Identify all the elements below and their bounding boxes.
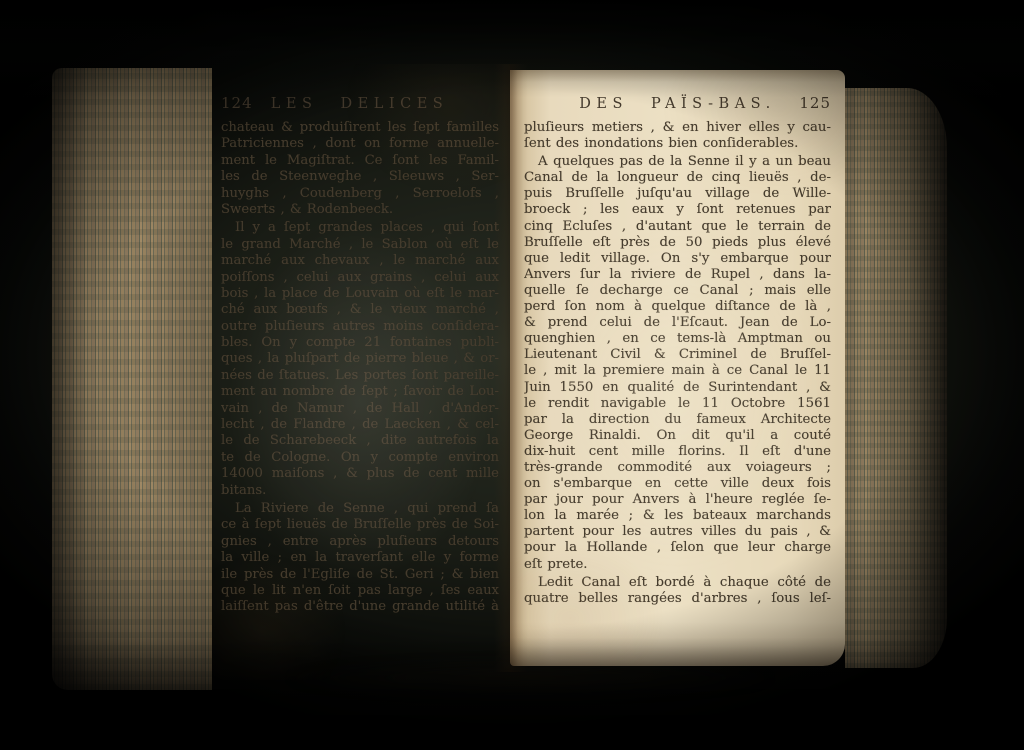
text-line: ce à ſept lieuës de Bruſſelle près de So… xyxy=(221,517,499,533)
paragraph: A quelques pas de la Senne il y a un bea… xyxy=(524,154,831,572)
text-line: puis Bruſſelle juſqu'au village de Wille… xyxy=(524,186,831,202)
paragraph: La Riviere de Senne , qui prend ſa ſour-… xyxy=(221,501,499,616)
text-line: bois , la place de Louvain où eſt le mar… xyxy=(221,286,499,302)
text-line: pluſieurs metiers , & en hiver elles y c… xyxy=(524,120,831,136)
right-page: DES PAÏS-BAS. 125 pluſieurs metiers , & … xyxy=(510,70,845,666)
text-line: laiſſent pas d'être d'une grande utilité… xyxy=(221,599,499,615)
text-line: Lieutenant Civil & Criminel de Bruſſel- xyxy=(524,347,831,363)
paragraph: Il y a ſept grandes places , qui ſontle … xyxy=(221,220,499,499)
left-page: 124 LES DELICES chateau & produiſirent l… xyxy=(208,64,510,680)
paragraph: chateau & produiſirent les ſept familles… xyxy=(221,120,499,218)
text-line: A quelques pas de la Senne il y a un bea… xyxy=(524,154,831,170)
left-page-header: 124 LES DELICES xyxy=(208,64,510,120)
text-line: Sweerts , & Rodenbeeck. xyxy=(221,202,499,218)
right-page-number: 125 xyxy=(795,94,831,112)
text-line: très-grande commodité aux voiageurs ; xyxy=(524,460,831,476)
text-line: ment au nombre de ſept ; ſavoir de Lou- xyxy=(221,384,499,400)
text-line: te de Cologne. On y compte environ xyxy=(221,450,499,466)
paragraph: Ledit Canal eſt bordé à chaque côté dequ… xyxy=(524,575,831,607)
right-running-title: DES PAÏS-BAS. xyxy=(560,96,795,112)
text-line: lecht , de Flandre , de Laecken , & cel- xyxy=(221,417,499,433)
right-fore-edge-leaves xyxy=(845,88,947,668)
text-line: Patriciennes , dont on forme annuelle- xyxy=(221,136,499,152)
text-line: poiſſons , celui aux grains , celui aux xyxy=(221,270,499,286)
text-line: lon la marée ; & les bateaux marchands xyxy=(524,508,831,524)
paragraph: pluſieurs metiers , & en hiver elles y c… xyxy=(524,120,831,152)
text-line: outre pluſieurs autres moins conſidera- xyxy=(221,319,499,335)
text-line: perd ſon nom à quelque diſtance de là , xyxy=(524,299,831,315)
text-line: quenghien , en ce tems-là Amptman ou xyxy=(524,331,831,347)
text-line: La Riviere de Senne , qui prend ſa ſour- xyxy=(221,501,499,517)
text-line: bitans. xyxy=(221,483,499,499)
text-line: Canal de la longueur de cinq lieuës , de… xyxy=(524,170,831,186)
text-line: quelle ſe decharge ce Canal ; mais elle xyxy=(524,283,831,299)
text-line: nées de ſtatues. Les portes ſont pareill… xyxy=(221,368,499,384)
text-line: dix-huit cent mille florins. Il eſt d'un… xyxy=(524,444,831,460)
text-line: chateau & produiſirent les ſept familles xyxy=(221,120,499,136)
text-line: par la direction du fameux Architecte xyxy=(524,412,831,428)
text-line: Bruſſelle eſt près de 50 pieds plus élev… xyxy=(524,235,831,251)
text-line: le rendit navigable le 11 Octobre 1561 xyxy=(524,396,831,412)
text-line: que le lit n'en ſoit pas large , ſes eau… xyxy=(221,583,499,599)
right-page-text: pluſieurs metiers , & en hiver elles y c… xyxy=(510,120,845,607)
text-line: le , mit la premiere main à ce Canal le … xyxy=(524,363,831,379)
text-line: partent pour les autres villes du pais ,… xyxy=(524,524,831,540)
left-page-number: 124 xyxy=(221,94,257,112)
text-line: les de Steenweghe , Sleeuws , Ser- xyxy=(221,169,499,185)
text-line: ment le Magiſtrat. Ce ſont les Famil- xyxy=(221,153,499,169)
photo-background: 124 LES DELICES chateau & produiſirent l… xyxy=(0,0,1024,750)
text-line: vain , de Namur , de Hall , d'Ander- xyxy=(221,401,499,417)
text-line: huyghs , Coudenberg , Serroelofs , xyxy=(221,186,499,202)
text-line: que ledit village. On s'y embarque pour xyxy=(524,251,831,267)
text-line: Anvers ſur la riviere de Rupel , dans la… xyxy=(524,267,831,283)
text-line: on s'embarque en cette ville deux fois xyxy=(524,476,831,492)
right-page-header: DES PAÏS-BAS. 125 xyxy=(510,70,845,120)
text-line: Il y a ſept grandes places , qui ſont xyxy=(221,220,499,236)
text-line: ché aux bœufs , & le vieux marché , xyxy=(221,302,499,318)
text-line: cinq Ecluſes , d'autant que le terrain d… xyxy=(524,219,831,235)
text-line: ile près de l'Egliſe de St. Geri ; & bie… xyxy=(221,567,499,583)
text-line: le grand Marché , le Sablon où eſt le xyxy=(221,237,499,253)
text-line: eſt prete. xyxy=(524,557,831,573)
text-line: par jour pour Anvers à l'heure reglée ſe… xyxy=(524,492,831,508)
text-line: ques , la pluſpart de pierre bleue , & o… xyxy=(221,351,499,367)
text-line: marché aux chevaux , le marché aux xyxy=(221,253,499,269)
text-line: & prend celui de l'Eſcaut. Jean de Lo- xyxy=(524,315,831,331)
text-line: quatre belles rangées d'arbres , ſous le… xyxy=(524,591,831,607)
text-line: broeck ; les eaux y ſont retenues par xyxy=(524,202,831,218)
text-line: la ville ; en la traverſant elle y forme… xyxy=(221,550,499,566)
text-line: pour la Hollande , ſelon que leur charge xyxy=(524,540,831,556)
text-line: Ledit Canal eſt bordé à chaque côté de xyxy=(524,575,831,591)
text-line: George Rinaldi. On dit qu'il a couté xyxy=(524,428,831,444)
left-fore-edge-leaves xyxy=(52,68,212,690)
text-line: gnies , entre après pluſieurs detours da… xyxy=(221,534,499,550)
text-line: bles. On y compte 21 fontaines publi- xyxy=(221,335,499,351)
text-line: ſent des inondations bien conſiderables. xyxy=(524,136,831,152)
left-page-text: chateau & produiſirent les ſept familles… xyxy=(208,120,510,616)
left-running-title: LES DELICES xyxy=(257,96,462,112)
text-line: le de Scharebeeck , dite autrefois la po… xyxy=(221,433,499,449)
text-line: Juin 1550 en qualité de Surintendant , & xyxy=(524,380,831,396)
text-line: 14000 maiſons , & plus de cent mille ha- xyxy=(221,466,499,482)
